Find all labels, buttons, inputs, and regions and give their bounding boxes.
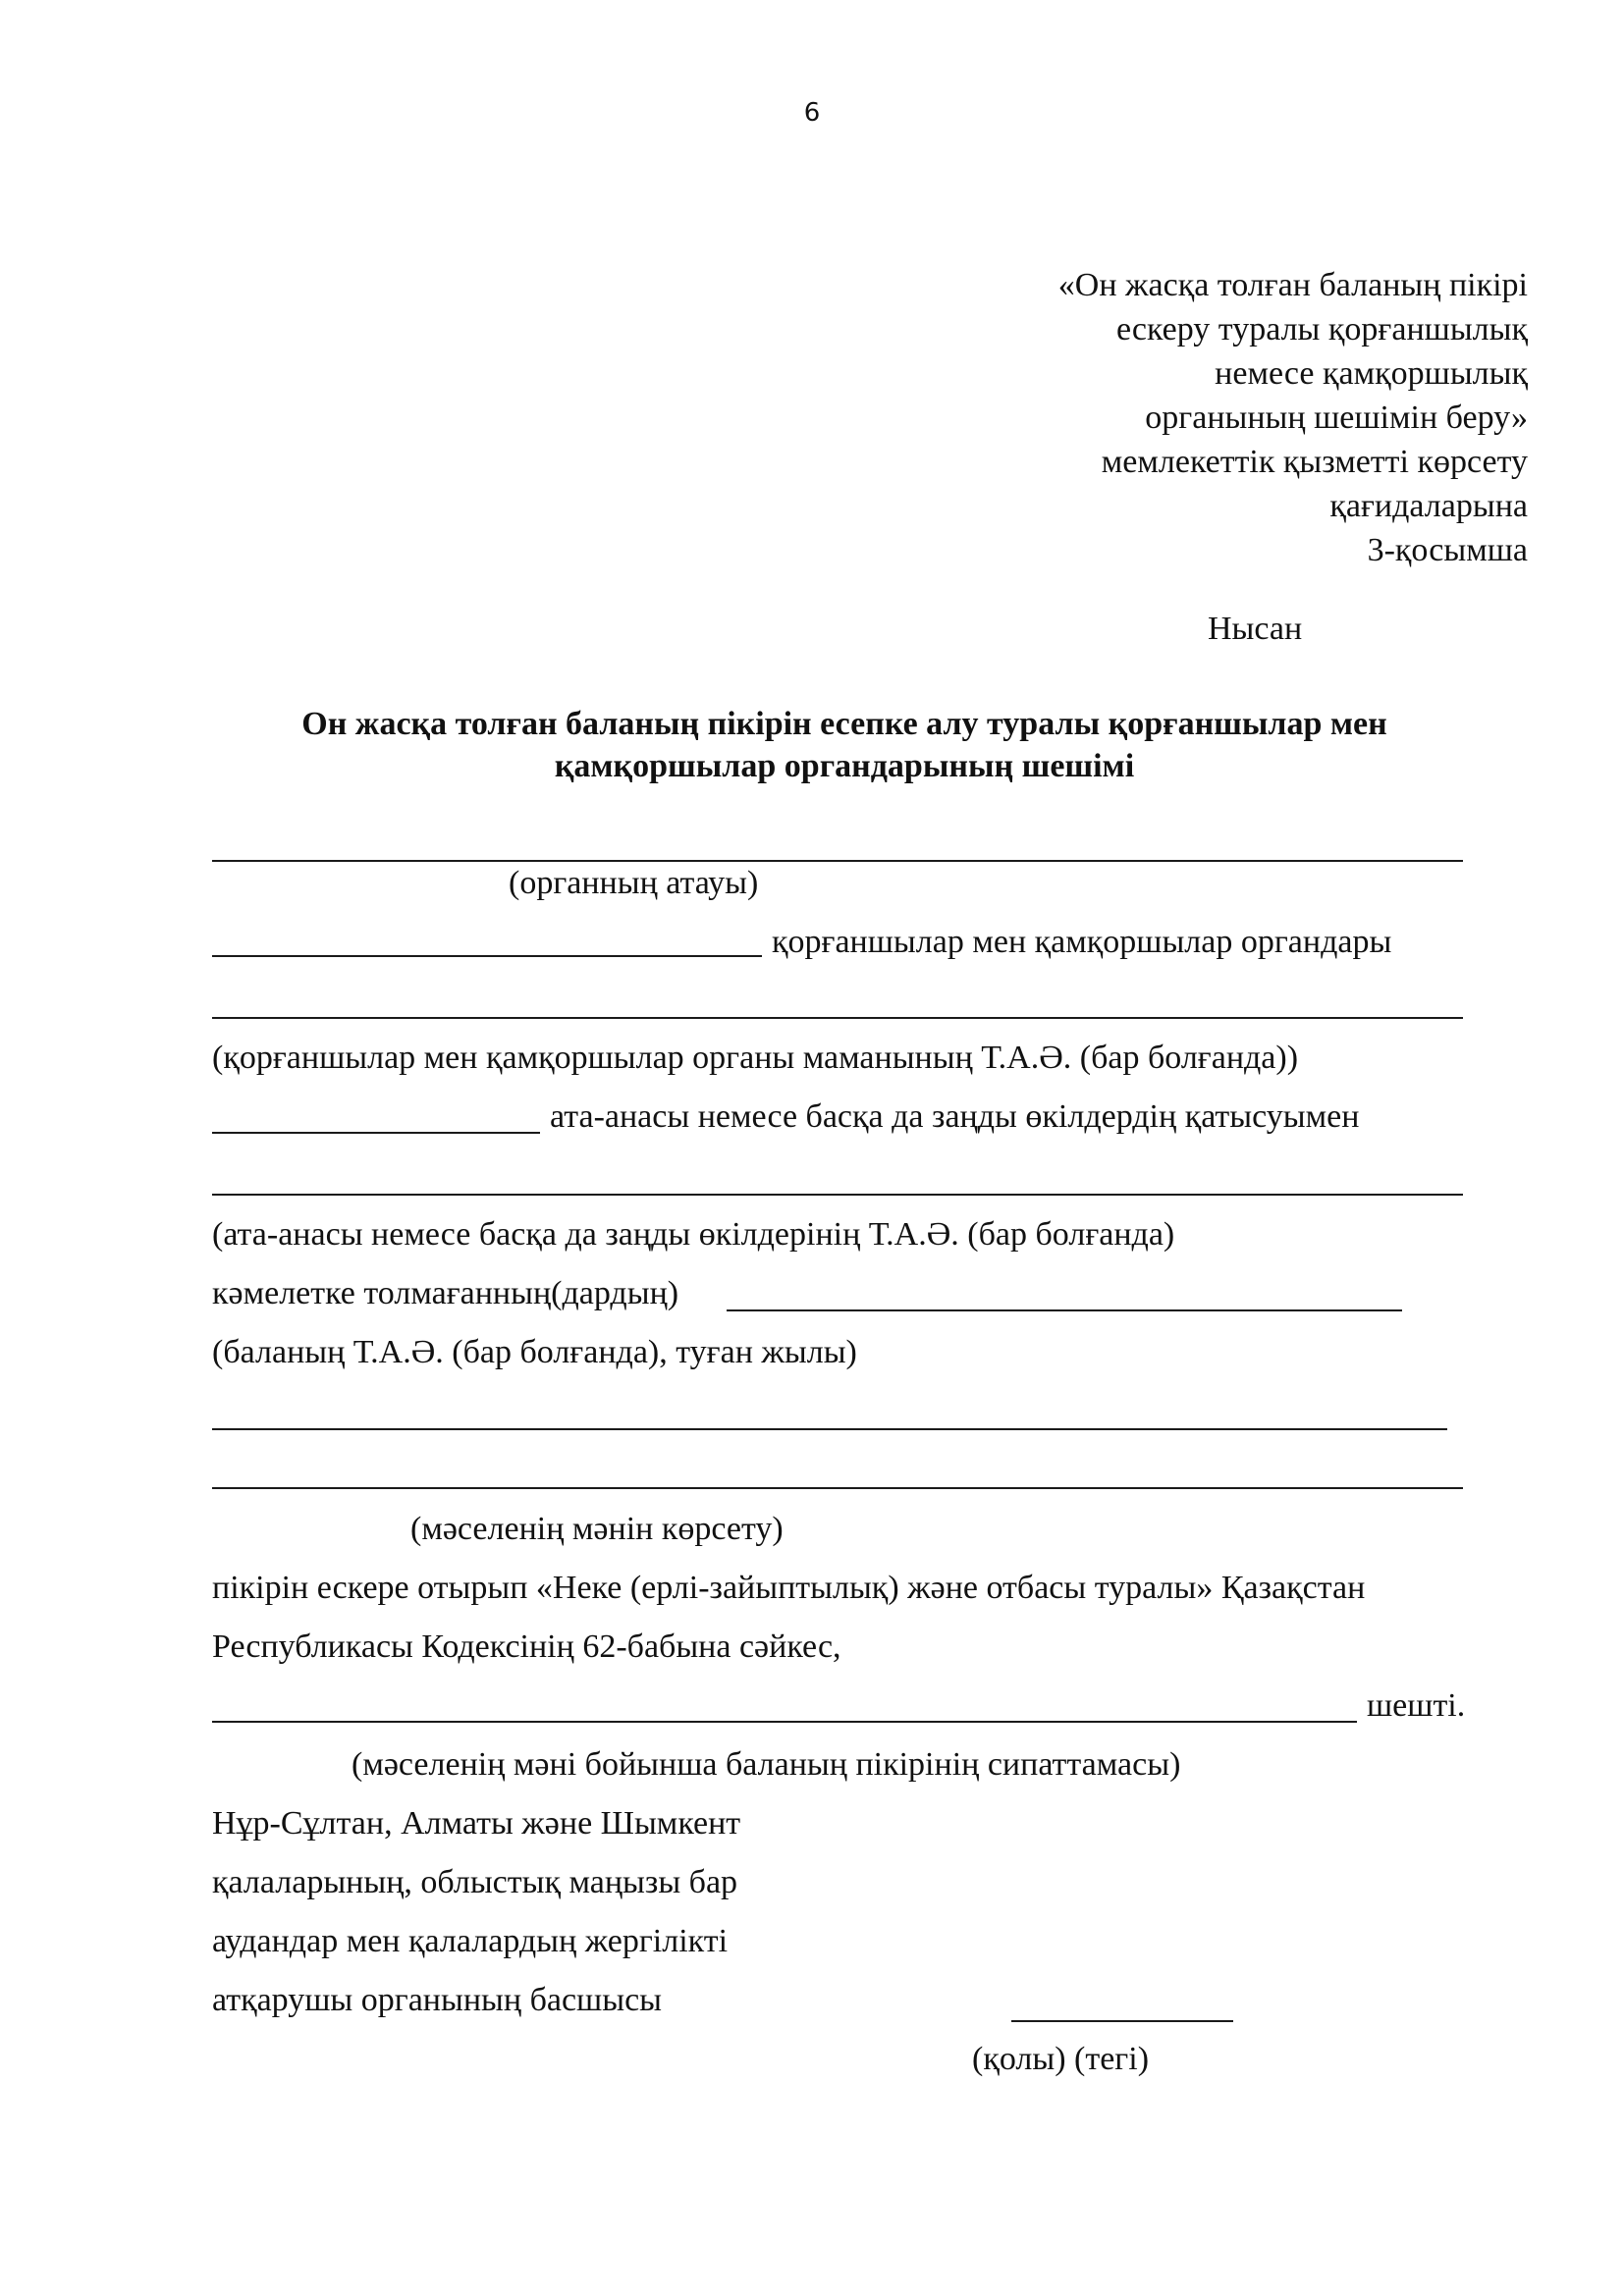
annex-line: органының шешімін беру» (1058, 396, 1528, 440)
annex-line: қағидаларына (1058, 484, 1528, 528)
official-title-line: қалаларының, облыстық маңызы бар (212, 1863, 737, 1902)
opinion-caption: (мәселенің мәні бойынша баланың пікіріні… (352, 1745, 1180, 1785)
decided-text: шешті. (1367, 1686, 1465, 1726)
annex-line: ескеру туралы қорғаншылық (1058, 307, 1528, 351)
organ-name-blank[interactable] (212, 860, 1463, 862)
annex-line: мемлекеттік қызметті көрсету (1058, 440, 1528, 484)
annex-line: 3-қосымша (1058, 528, 1528, 572)
guardianship-organ-blank[interactable] (212, 955, 762, 957)
annex-line: немесе қамқоршылық (1058, 351, 1528, 396)
signature-blank[interactable] (1011, 2020, 1233, 2022)
form-label: Нысан (1208, 611, 1302, 648)
child-caption: (баланың Т.А.Ә. (бар болғанда), туған жы… (212, 1333, 857, 1372)
legal-basis-line: пікірін ескере отырып «Неке (ерлі-зайыпт… (212, 1569, 1365, 1608)
issue-caption: (мәселенің мәнін көрсету) (410, 1510, 784, 1549)
issue-blank-1[interactable] (212, 1428, 1447, 1430)
organ-name-caption: (органның атауы) (509, 864, 758, 903)
page-number: 6 (0, 98, 1624, 128)
title-line: қамқоршылар органдарының шешімі (196, 745, 1492, 787)
minor-name-blank[interactable] (727, 1309, 1402, 1311)
parents-participation-text: ата-анасы немесе басқа да заңды өкілдерд… (550, 1097, 1359, 1137)
annex-reference: «Он жасқа толған баланың пікірі ескеру т… (1058, 263, 1528, 572)
decision-blank[interactable] (212, 1721, 1357, 1723)
specialist-name-blank[interactable] (212, 1017, 1463, 1019)
parents-participation-blank[interactable] (212, 1132, 540, 1134)
official-title-line: Нұр-Сұлтан, Алматы және Шымкент (212, 1804, 740, 1843)
issue-blank-2[interactable] (212, 1487, 1463, 1489)
specialist-caption: (қорғаншылар мен қамқоршылар органы мама… (212, 1039, 1298, 1078)
signature-caption: (қолы) (тегі) (972, 2040, 1149, 2079)
minor-label: кәмелетке толмағанның(дардың) (212, 1274, 678, 1313)
annex-line: «Он жасқа толған баланың пікірі (1058, 263, 1528, 307)
document-title: Он жасқа толған баланың пікірін есепке а… (196, 703, 1492, 787)
official-title-line: атқарушы органының басшысы (212, 1981, 662, 2020)
legal-basis-line: Республикасы Кодексінің 62-бабына сәйкес… (212, 1628, 841, 1667)
parents-caption: (ата-анасы немесе басқа да заңды өкілдер… (212, 1215, 1174, 1255)
guardianship-organs-text: қорғаншылар мен қамқоршылар органдары (772, 923, 1391, 962)
parents-name-blank[interactable] (212, 1194, 1463, 1196)
title-line: Он жасқа толған баланың пікірін есепке а… (196, 703, 1492, 745)
official-title-line: аудандар мен қалалардың жергілікті (212, 1922, 728, 1961)
